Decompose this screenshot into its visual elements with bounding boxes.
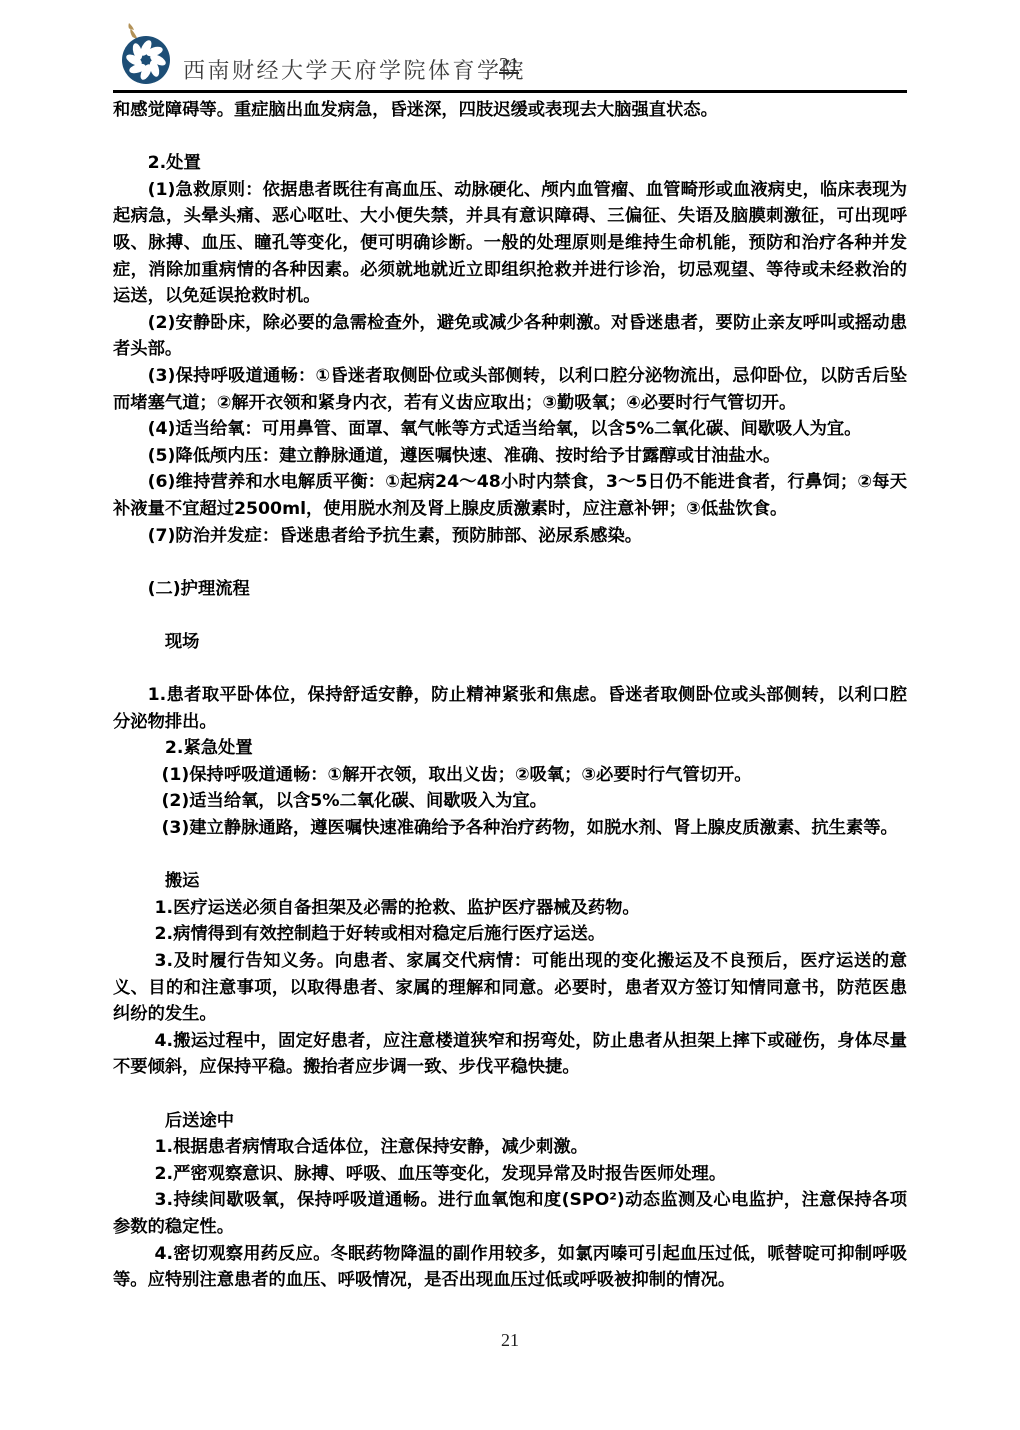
paragraph: 4.搬运过程中，固定好患者，应注意楼道狭窄和拐弯处，防止患者从担架上摔下或碰伤，… (113, 1028, 907, 1081)
paragraph: 4.密切观察用药反应。冬眠药物降温的副作用较多，如氯丙嗪可引起血压过低，哌替啶可… (113, 1241, 907, 1294)
paragraph: 1.根据患者病情取合适体位，注意保持安静，减少刺激。 (113, 1134, 907, 1161)
blank-line (113, 655, 907, 682)
paragraph: 和感觉障碍等。重症脑出血发病急，昏迷深，四肢迟缓或表现去大脑强直状态。 (113, 97, 907, 124)
footer-page-number: 21 (501, 1330, 519, 1350)
paragraph: (7)防治并发症：昏迷患者给予抗生素，预防肺部、泌尿系感染。 (113, 523, 907, 550)
blank-line (113, 842, 907, 869)
paragraph: (1)急救原则：依据患者既往有高血压、动脉硬化、颅内血管瘤、血管畸形或血液病史，… (113, 177, 907, 310)
blank-line (113, 602, 907, 629)
university-logo-icon (116, 22, 172, 86)
paragraph: 搬运 (113, 868, 907, 895)
blank-line (113, 549, 907, 576)
paragraph: (1)保持呼吸道通畅：①解开衣领，取出义齿；②吸氧；③必要时行气管切开。 (113, 762, 907, 789)
paragraph: 1.患者取平卧体位，保持舒适安静，防止精神紧张和焦虑。昏迷者取侧卧位或头部侧转，… (113, 682, 907, 735)
page-header: 西南财经大学天府学院体育学院 21 (113, 20, 907, 93)
paragraph: 后送途中 (113, 1108, 907, 1135)
paragraph: (4)适当给氧：可用鼻管、面罩、氧气帐等方式适当给氧，以含5%二氧化碳、间歇吸人… (113, 416, 907, 443)
paragraph: 2.病情得到有效控制趋于好转或相对稳定后施行医疗运送。 (113, 921, 907, 948)
blank-line (113, 124, 907, 151)
document-body: 和感觉障碍等。重症脑出血发病急，昏迷深，四肢迟缓或表现去大脑强直状态。2.处置(… (113, 97, 907, 1294)
paragraph: 2.严密观察意识、脉搏、呼吸、血压等变化，发现异常及时报告医师处理。 (113, 1161, 907, 1188)
page-footer: 21 (0, 1330, 1020, 1351)
paragraph: (6)维持营养和水电解质平衡：①起病24～48小时内禁食，3～5日仍不能进食者，… (113, 469, 907, 522)
paragraph: 1.医疗运送必须自备担架及必需的抢救、监护医疗器械及药物。 (113, 895, 907, 922)
document-page: 西南财经大学天府学院体育学院 21 和感觉障碍等。重症脑出血发病急，昏迷深，四肢… (0, 0, 1020, 1430)
paragraph: (3)保持呼吸道通畅：①昏迷者取侧卧位或头部侧转，以利口腔分泌物流出，忌仰卧位，… (113, 363, 907, 416)
paragraph: (二)护理流程 (113, 576, 907, 603)
paragraph: 现场 (113, 629, 907, 656)
paragraph: (2)安静卧床，除必要的急需检查外，避免或减少各种刺激。对昏迷患者，要防止亲友呼… (113, 310, 907, 363)
paragraph: 2.处置 (113, 150, 907, 177)
paragraph: (2)适当给氧，以含5%二氧化碳、间歇吸入为宜。 (113, 788, 907, 815)
blank-line (113, 1081, 907, 1108)
paragraph: 3.持续间歇吸氧，保持呼吸道通畅。进行血氧饱和度(SPO²)动态监测及心电监护，… (113, 1187, 907, 1240)
paragraph: 3.及时履行告知义务。向患者、家属交代病情：可能出现的变化搬运及不良预后，医疗运… (113, 948, 907, 1028)
paragraph: 2.紧急处置 (113, 735, 907, 762)
paragraph: (5)降低颅内压：建立静脉通道，遵医嘱快速、准确、按时给予甘露醇或甘油盐水。 (113, 443, 907, 470)
header-page-number: 21 (499, 54, 519, 77)
paragraph: (3)建立静脉通路，遵医嘱快速准确给予各种治疗药物，如脱水剂、肾上腺皮质激素、抗… (113, 815, 907, 842)
header-institution-title: 西南财经大学天府学院体育学院 (183, 54, 526, 85)
